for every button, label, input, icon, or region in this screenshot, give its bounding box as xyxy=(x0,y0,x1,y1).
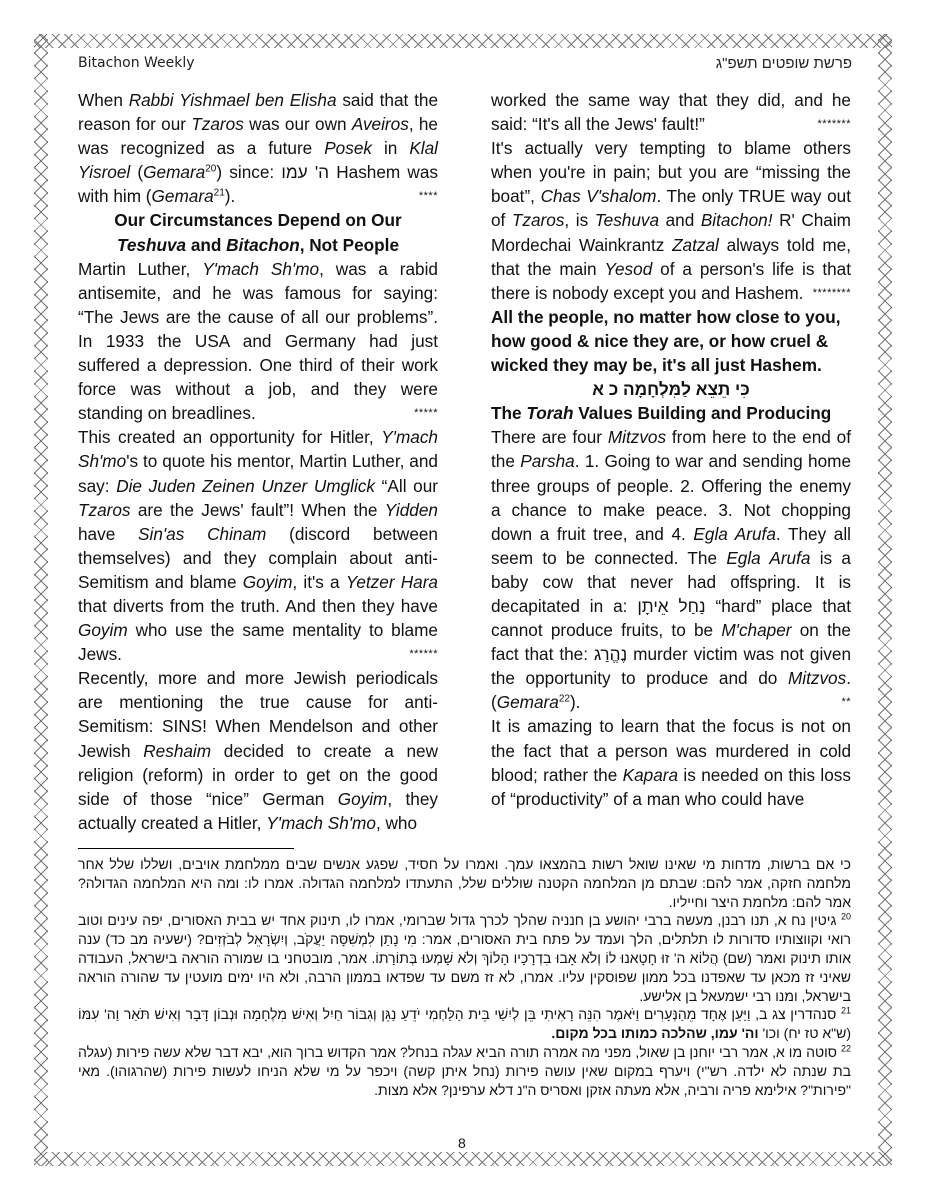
section-heading: The Torah Values Building and Producing xyxy=(491,401,851,425)
border-right xyxy=(878,34,892,1166)
hebrew-verse-heading: כִּי תֵצֵא לַמִּלְחָמָה כ א xyxy=(491,377,851,401)
border-bottom xyxy=(34,1152,892,1166)
paragraph: Recently, more and more Jewish periodica… xyxy=(78,666,438,835)
paragraph: This created an opportunity for Hitler, … xyxy=(78,425,438,666)
footnote-ref: 22 xyxy=(559,694,570,705)
section-divider-stars: **** xyxy=(419,184,438,208)
footnote-22: 22 סוטה מו א, אמר רבי יוחנן בן שאול, מפנ… xyxy=(78,1043,851,1099)
border-left xyxy=(34,34,48,1166)
footnote-21: 21 סנהדרין צג ב, וַיַּעַן אֶחָד מֵהַנְּע… xyxy=(78,1005,851,1043)
footnote-20: 20 גיטין נח א, תנו רבנן, מעשה ברבי יהושע… xyxy=(78,911,851,1005)
paragraph: worked the same way that they did, and h… xyxy=(491,88,851,136)
section-divider-stars: ** xyxy=(841,690,851,714)
section-heading: Our Circumstances Depend on Our Teshuva … xyxy=(78,208,438,256)
section-divider-stars: ***** xyxy=(414,401,438,425)
section-divider-stars: ******** xyxy=(813,281,851,305)
page-number: 8 xyxy=(458,1135,466,1151)
footnote-separator xyxy=(78,848,294,849)
paragraph: It is amazing to learn that the focus is… xyxy=(491,714,851,810)
section-divider-stars: ****** xyxy=(409,642,438,666)
bold-statement: All the people, no matter how close to y… xyxy=(491,305,851,377)
paragraph: When Rabbi Yishmael ben Elisha said that… xyxy=(78,88,438,208)
section-divider-stars: ******* xyxy=(818,112,851,136)
border-top xyxy=(34,34,892,48)
right-column: worked the same way that they did, and h… xyxy=(491,88,851,811)
footnote-ref: 20 xyxy=(205,164,216,175)
footnote-ref: 21 xyxy=(214,188,225,199)
paragraph: There are four Mitzvos from here to the … xyxy=(491,425,851,714)
footnote-continuation: כי אם ברשות, מדחות מי שאינו שואל רשות בה… xyxy=(78,855,851,911)
footnotes: כי אם ברשות, מדחות מי שאינו שואל רשות בה… xyxy=(78,855,851,1099)
running-header-title: Bitachon Weekly xyxy=(78,55,195,71)
paragraph: It's actually very tempting to blame oth… xyxy=(491,136,851,305)
running-header-parsha: פרשת שופטים תשפ"ג xyxy=(716,55,852,72)
left-column: When Rabbi Yishmael ben Elisha said that… xyxy=(78,88,438,835)
paragraph: Martin Luther, Y'mach Sh'mo, was a rabid… xyxy=(78,257,438,426)
